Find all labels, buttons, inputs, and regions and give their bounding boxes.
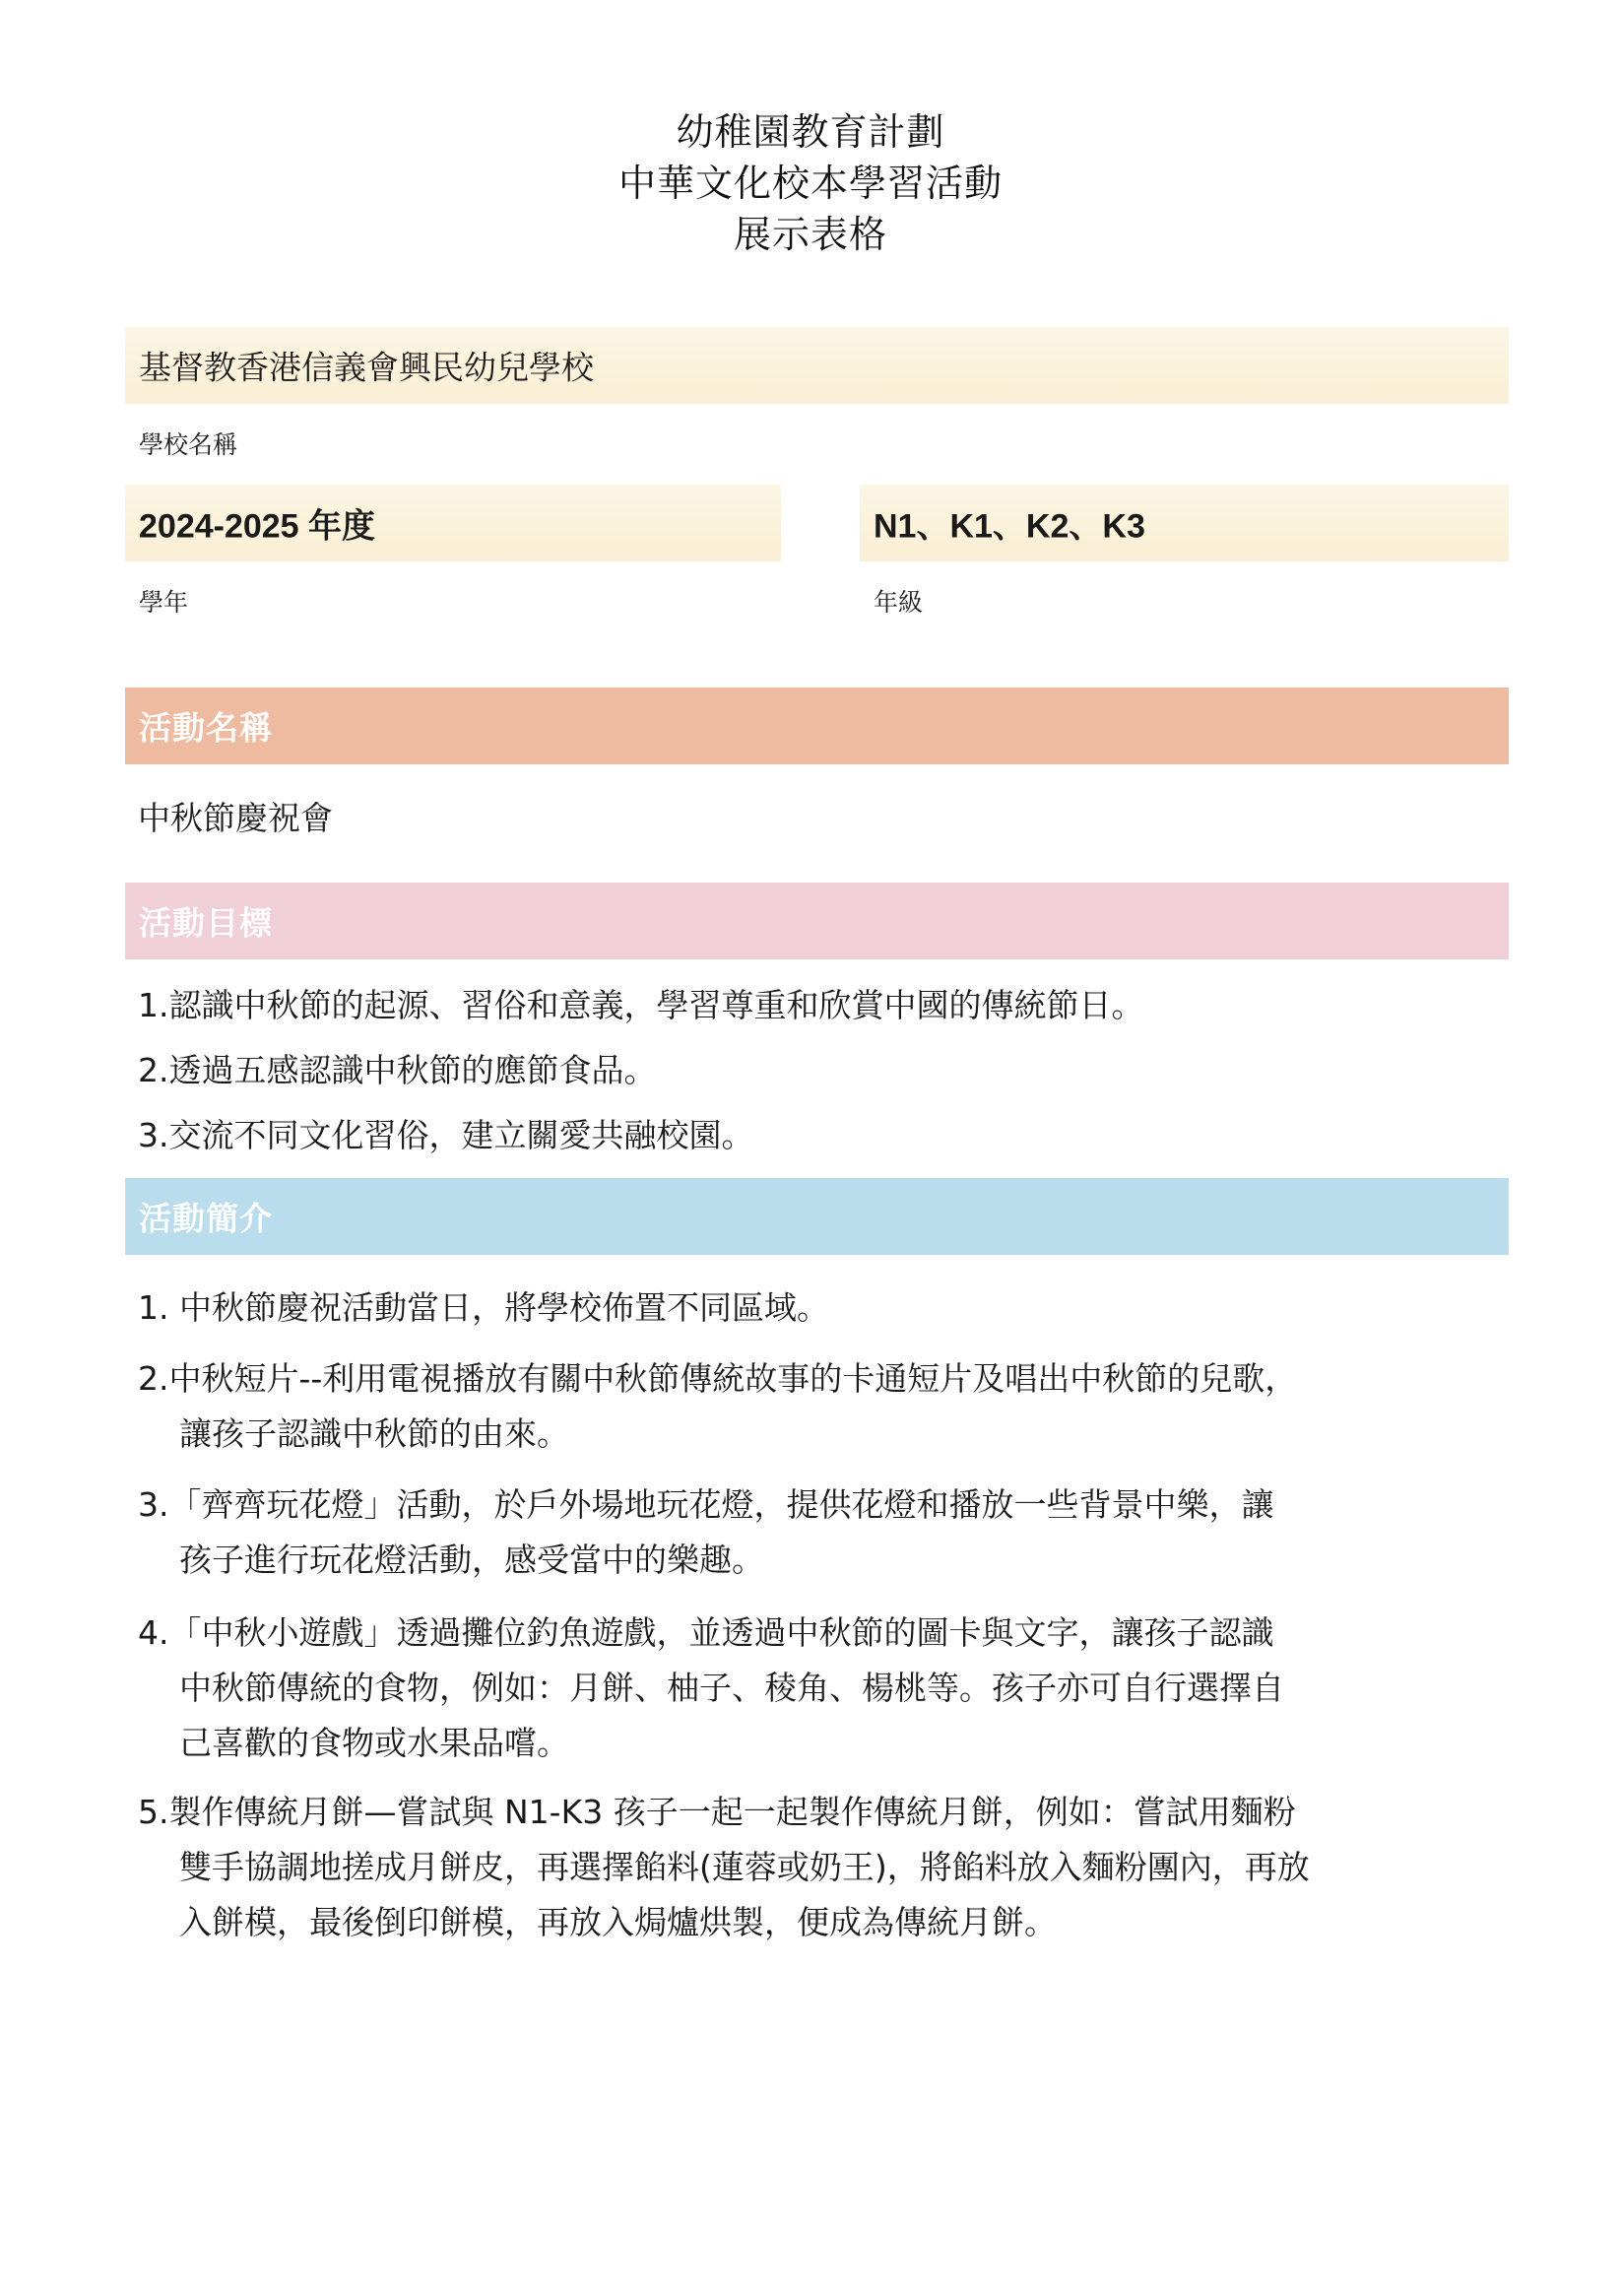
document-title: 幼稚園教育計劃 中華文化校本學習活動 展示表格: [0, 106, 1621, 260]
activity-name-title: 活動名稱: [139, 703, 273, 750]
grade-field: N1、K1、K2、K3: [860, 485, 1509, 561]
grade-value: N1、K1、K2、K3: [874, 499, 1145, 548]
objective-item: 2.透過五感認識中秋節的應節食品。: [138, 1043, 1507, 1098]
school-name-field: 基督教香港信義會興民幼兒學校: [125, 327, 1509, 404]
description-item-3: 3.「齊齊玩花燈」活動，於戶外場地玩花燈，提供花燈和播放一些背景中樂，讓 孩子進…: [138, 1477, 1507, 1588]
description-title: 活動簡介: [139, 1194, 273, 1240]
school-name-label: 學校名稱: [139, 426, 237, 461]
grade-label: 年級: [874, 583, 923, 619]
activity-name-value: 中秋節慶祝會: [138, 793, 333, 839]
description-item-5: 5.製作傳統月餅—嘗試與 N1-K3 孩子一起一起製作傳統月餅，例如：嘗試用麵粉…: [138, 1785, 1507, 1950]
title-line-2: 中華文化校本學習活動: [0, 158, 1621, 209]
activity-name-header: 活動名稱: [125, 688, 1509, 764]
description-item-2: 2.中秋短片--利用電視播放有關中秋節傳統故事的卡通短片及唱出中秋節的兒歌， 讓…: [138, 1351, 1507, 1462]
title-line-1: 幼稚園教育計劃: [0, 106, 1621, 158]
description-header: 活動簡介: [125, 1178, 1509, 1255]
title-line-3: 展示表格: [0, 209, 1621, 260]
school-name-value: 基督教香港信義會興民幼兒學校: [139, 343, 594, 389]
school-year-label: 學年: [139, 583, 188, 619]
description-item-1: 1. 中秋節慶祝活動當日，將學校佈置不同區域。: [138, 1280, 1507, 1336]
objectives-header: 活動目標: [125, 883, 1509, 959]
objectives-title: 活動目標: [139, 898, 273, 945]
objective-item: 1.認識中秋節的起源、習俗和意義，學習尊重和欣賞中國的傳統節日。: [138, 978, 1507, 1033]
school-year-field: 2024-2025 年度: [125, 485, 781, 561]
description-item-4: 4.「中秋小遊戲」透過攤位釣魚遊戲，並透過中秋節的圖卡與文字，讓孩子認識 中秋節…: [138, 1606, 1507, 1771]
school-year-value: 2024-2025 年度: [139, 499, 375, 548]
objective-item: 3.交流不同文化習俗，建立關愛共融校園。: [138, 1108, 1507, 1163]
